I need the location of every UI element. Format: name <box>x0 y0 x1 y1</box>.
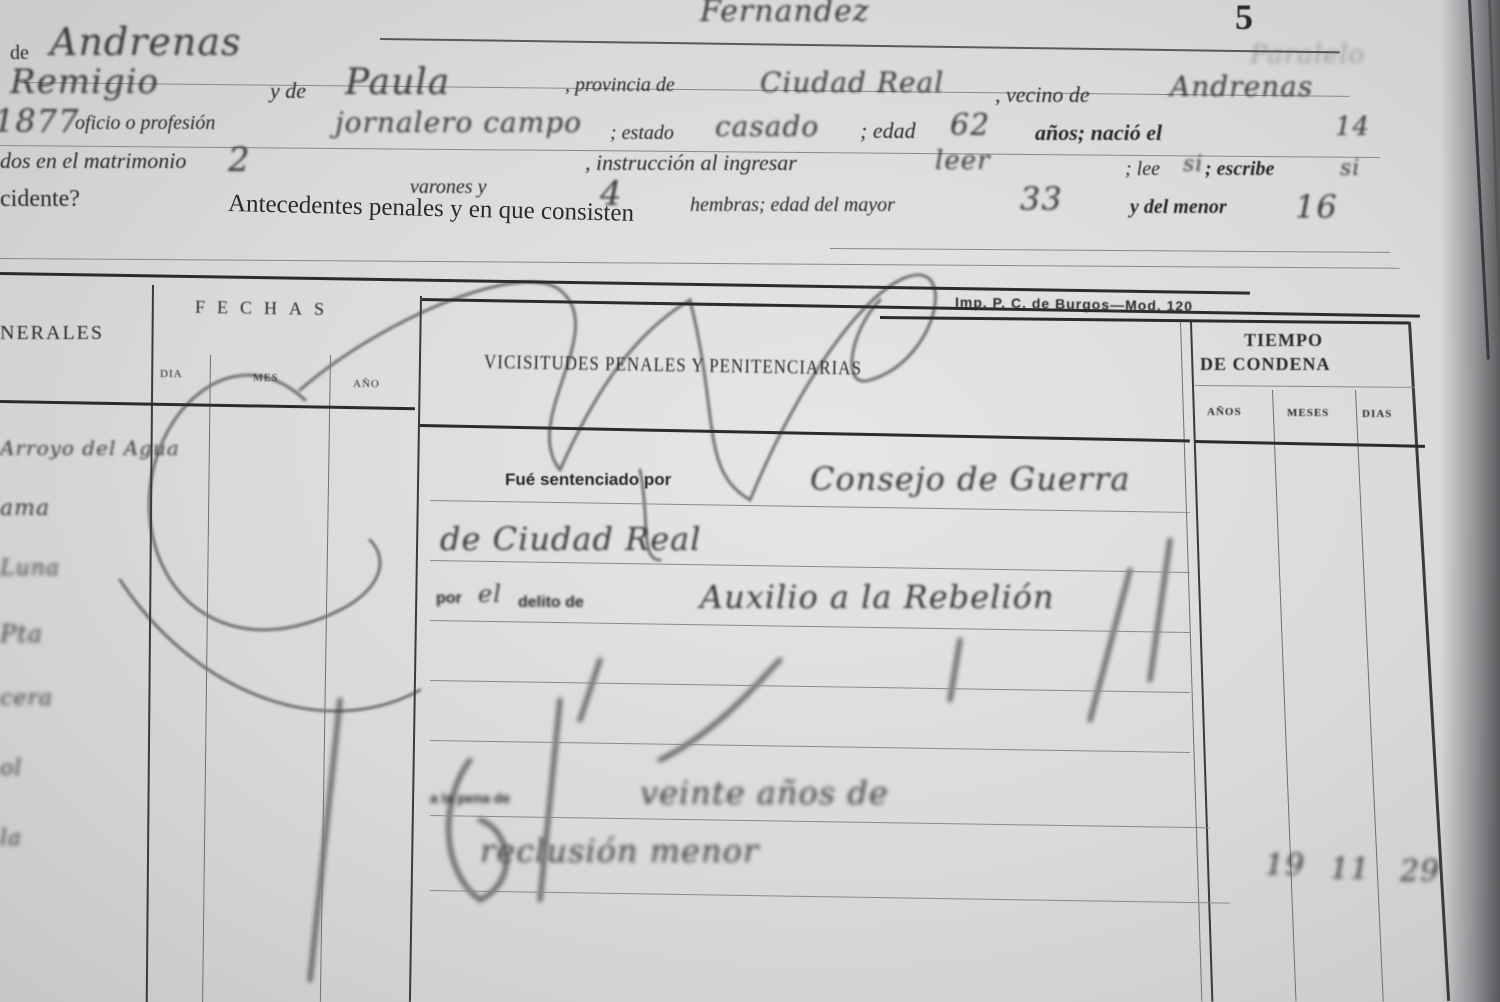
col-header-meses: MESES <box>1287 407 1329 419</box>
label-marriage-children: dos en el matrimonio <box>0 148 186 174</box>
form-rule <box>20 82 1350 97</box>
row-rule <box>430 680 1190 693</box>
father-name-field: Remigio <box>10 62 159 102</box>
table-top-border-inner <box>420 298 1420 318</box>
profession-field: jornalero campo <box>335 106 582 139</box>
youngest-age-field: 16 <box>1295 188 1338 226</box>
birth-year-field: 1877 <box>0 102 79 140</box>
generales-entry: cera <box>0 686 53 711</box>
col-header-anos: AÑOS <box>1207 406 1242 418</box>
label-sentenced: Fué sentenciado por <box>505 470 671 490</box>
generales-entry: Luna <box>0 556 60 581</box>
col-header-fechas: FECHAS <box>195 297 336 320</box>
label-age: ; edad <box>860 118 916 144</box>
column-divider <box>1272 390 1296 1002</box>
row-rule <box>430 740 1190 753</box>
printer-mark: Imp. P. C. de Burgos—Mod. 120 <box>955 294 1193 314</box>
mother-name-field: Paula <box>345 62 450 103</box>
label-state: ; estado <box>610 122 674 145</box>
row-rule <box>430 890 1230 904</box>
generales-entry: Pta <box>0 620 43 648</box>
row-rule <box>430 560 1190 573</box>
col-header-tiempo-2: DE CONDENA <box>1200 354 1331 375</box>
form-rule <box>380 38 1340 53</box>
label-recidivist: cidente? <box>0 186 80 213</box>
row-rule <box>430 620 1190 633</box>
generales-entry: ama <box>0 496 50 521</box>
article-field: el <box>478 580 502 608</box>
penalty-field: veinte años de <box>640 774 889 812</box>
generales-entry: ol <box>0 756 22 781</box>
label-antecedents: Antecedentes penales y en que consisten <box>228 190 635 228</box>
margin-note: Paralelo <box>1250 40 1365 70</box>
reads-field: si <box>1183 152 1203 177</box>
province-field: Ciudad Real <box>760 66 944 99</box>
label-youngest: y del menor <box>1130 196 1227 219</box>
label-y-de: y de <box>270 78 306 104</box>
header-underline <box>0 400 415 410</box>
label-instruction: , instrucción al ingresar <box>585 150 797 176</box>
eldest-age-field: 33 <box>1020 180 1063 218</box>
column-divider <box>409 296 422 1002</box>
label-crime: delito de <box>518 594 584 612</box>
column-divider <box>1180 322 1202 1002</box>
header-underline <box>1195 440 1425 448</box>
col-header-ano: AÑO <box>353 378 380 390</box>
col-header-tiempo-1: TIEMPO <box>1244 330 1323 351</box>
label-profession: oficio o profesión <box>75 112 215 135</box>
label-province: , provincia de <box>565 74 675 97</box>
antecedents-field <box>830 248 1390 253</box>
crime-field: Auxilio a la Rebelión <box>700 578 1054 616</box>
label-reads: ; lee <box>1125 158 1160 181</box>
label-penalty: a la pena de <box>430 790 510 806</box>
column-divider <box>1355 390 1384 1001</box>
sentence-months-field: 11 <box>1330 852 1370 887</box>
sentence-years-field: 19 <box>1265 848 1305 883</box>
page-edge-shadow <box>1440 0 1500 1002</box>
form-rule <box>0 258 1400 269</box>
name-field: Fernandez <box>700 0 870 29</box>
court-field: Consejo de Guerra <box>810 460 1130 498</box>
col-header-generales: NERALES <box>0 322 104 345</box>
tiempo-divider <box>1195 385 1415 388</box>
marital-state-field: casado <box>715 110 819 143</box>
children-field: 2 <box>228 140 251 180</box>
label-writes: ; escribe <box>1205 158 1274 181</box>
birthplace-field: Andrenas <box>50 20 242 64</box>
born-day-field: 14 <box>1335 112 1370 142</box>
label-resident: , vecino de <box>995 82 1090 108</box>
writes-field: si <box>1340 156 1360 181</box>
label-females-eldest: hembras; edad del mayor <box>690 194 895 217</box>
sentence-days-field: 29 <box>1400 854 1440 889</box>
label-por: por <box>436 590 462 608</box>
column-divider <box>1190 322 1213 1002</box>
col-header-mes: MES <box>253 372 279 384</box>
row-rule <box>430 815 1210 828</box>
column-divider <box>320 355 331 1002</box>
column-divider <box>146 285 154 1002</box>
court-continued-field: de Ciudad Real <box>440 520 701 558</box>
col-header-dias: DIAS <box>1362 408 1392 420</box>
col-header-vicisitudes: VICISITUDES PENALES Y PENITENCIARIAS <box>484 351 862 381</box>
table-top-border <box>0 272 1250 295</box>
column-divider <box>202 355 211 1002</box>
table-top-border-right <box>880 316 1410 325</box>
instruction-field: leer <box>935 146 991 176</box>
age-field: 62 <box>950 108 990 143</box>
col-header-dia: DIA <box>160 368 183 380</box>
document-photo: Fernandez 5 de Andrenas Paralelo Remigio… <box>0 0 1500 1002</box>
penalty-continued-field: reclusión menor <box>480 832 759 870</box>
header-underline <box>420 424 1190 442</box>
label-years-born: años; nació el <box>1035 120 1162 146</box>
generales-entry: Arroyo del Agua <box>0 436 180 460</box>
row-rule <box>430 500 1190 513</box>
resident-field: Andrenas <box>1170 70 1313 103</box>
generales-entry: la <box>0 826 22 851</box>
corner-mark: 5 <box>1235 0 1253 38</box>
